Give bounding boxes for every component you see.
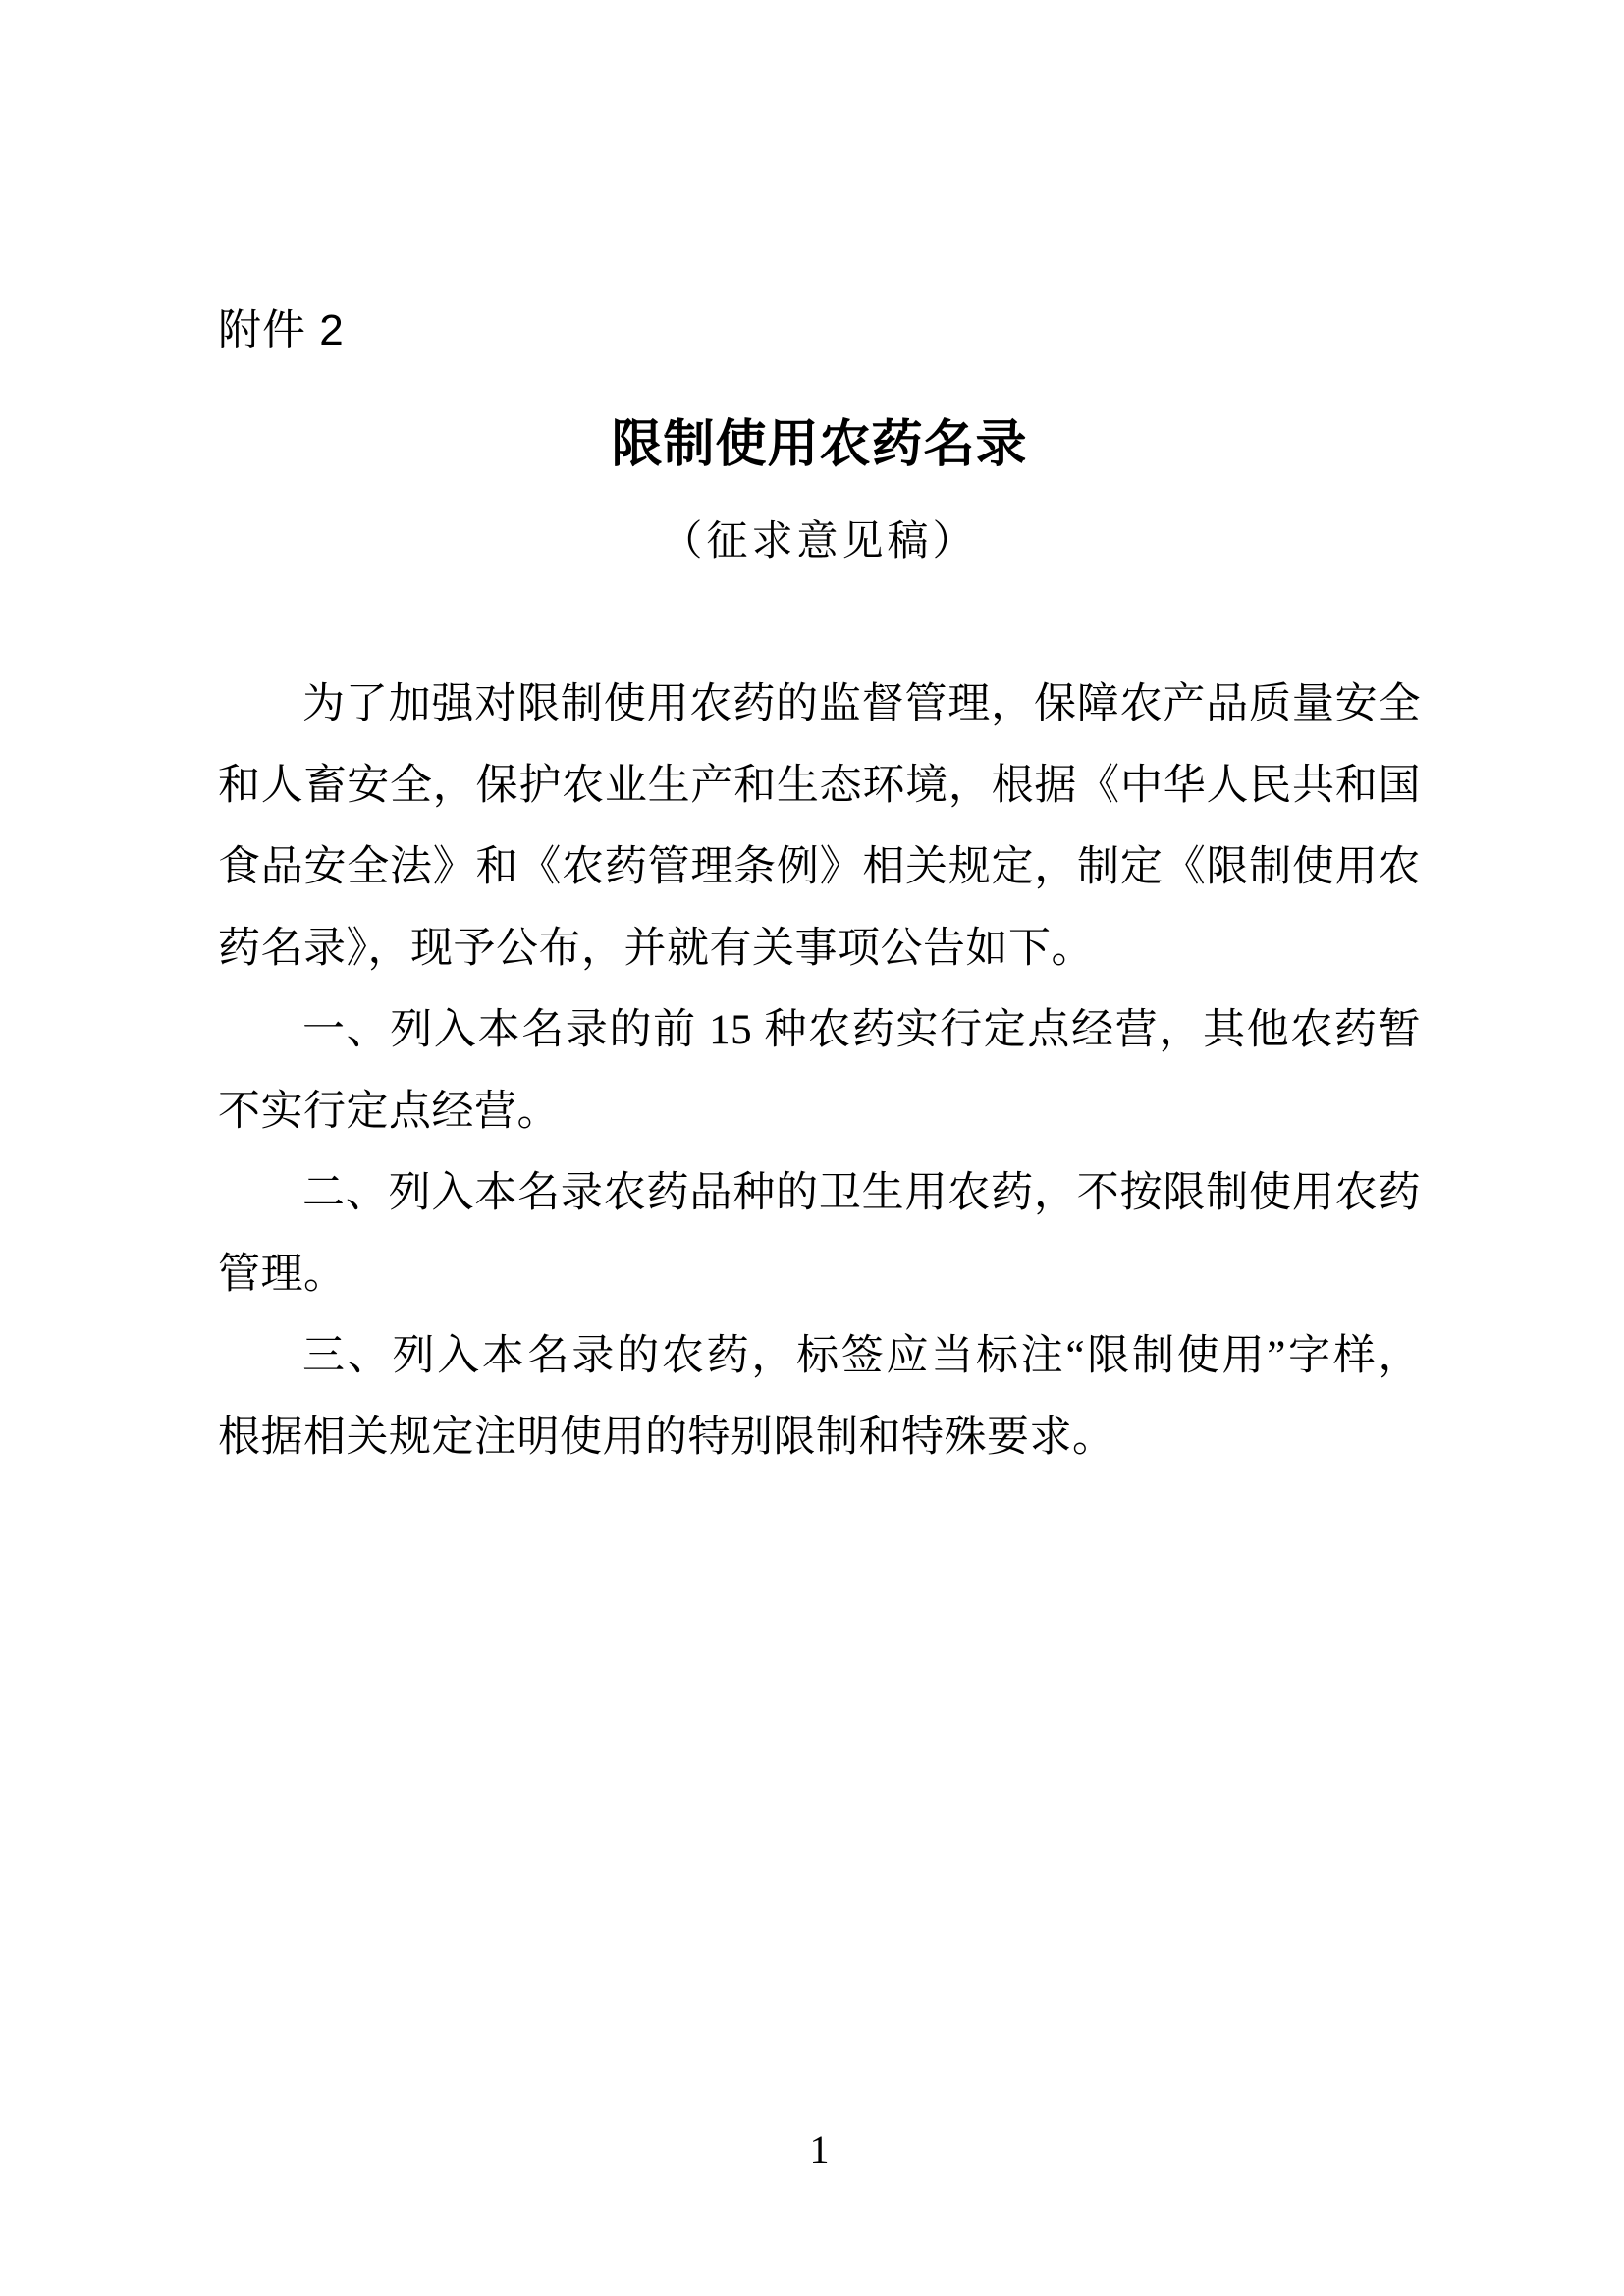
- document-body: 为了加强对限制使用农药的监督管理，保障农产品质量安全和人畜安全，保护农业生产和生…: [218, 664, 1421, 1478]
- body-text-line: 药名录》，现予公布，并就有关事项公告如下。: [218, 908, 1421, 989]
- attachment-label: 附件 2: [218, 306, 345, 355]
- body-text-line: 管理。: [218, 1234, 1421, 1315]
- body-text-line: 食品安全法》和《农药管理条例》相关规定，制定《限制使用农: [218, 827, 1421, 908]
- body-text-line: 为了加强对限制使用农药的监督管理，保障农产品质量安全: [218, 664, 1421, 745]
- body-text-line: 二、列入本名录农药品种的卫生用农药，不按限制使用农药: [218, 1152, 1421, 1234]
- page-number: 1: [218, 2122, 1421, 2177]
- body-text-line: 一、列入本名录的前 15 种农药实行定点经营，其他农药暂: [218, 989, 1421, 1071]
- document-page: 附件 2 限制使用农药名录 （征求意见稿） 为了加强对限制使用农药的监督管理，保…: [0, 0, 1624, 2296]
- body-text-line: 和人畜安全，保护农业生产和生态环境，根据《中华人民共和国: [218, 745, 1421, 827]
- body-text-line: 根据相关规定注明使用的特别限制和特殊要求。: [218, 1397, 1421, 1478]
- document-subtitle: （征求意见稿）: [218, 514, 1421, 569]
- body-text-line: 不实行定点经营。: [218, 1071, 1421, 1152]
- body-text-line: 三、列入本名录的农药，标签应当标注“限制使用”字样，: [218, 1315, 1421, 1397]
- document-title: 限制使用农药名录: [218, 410, 1421, 481]
